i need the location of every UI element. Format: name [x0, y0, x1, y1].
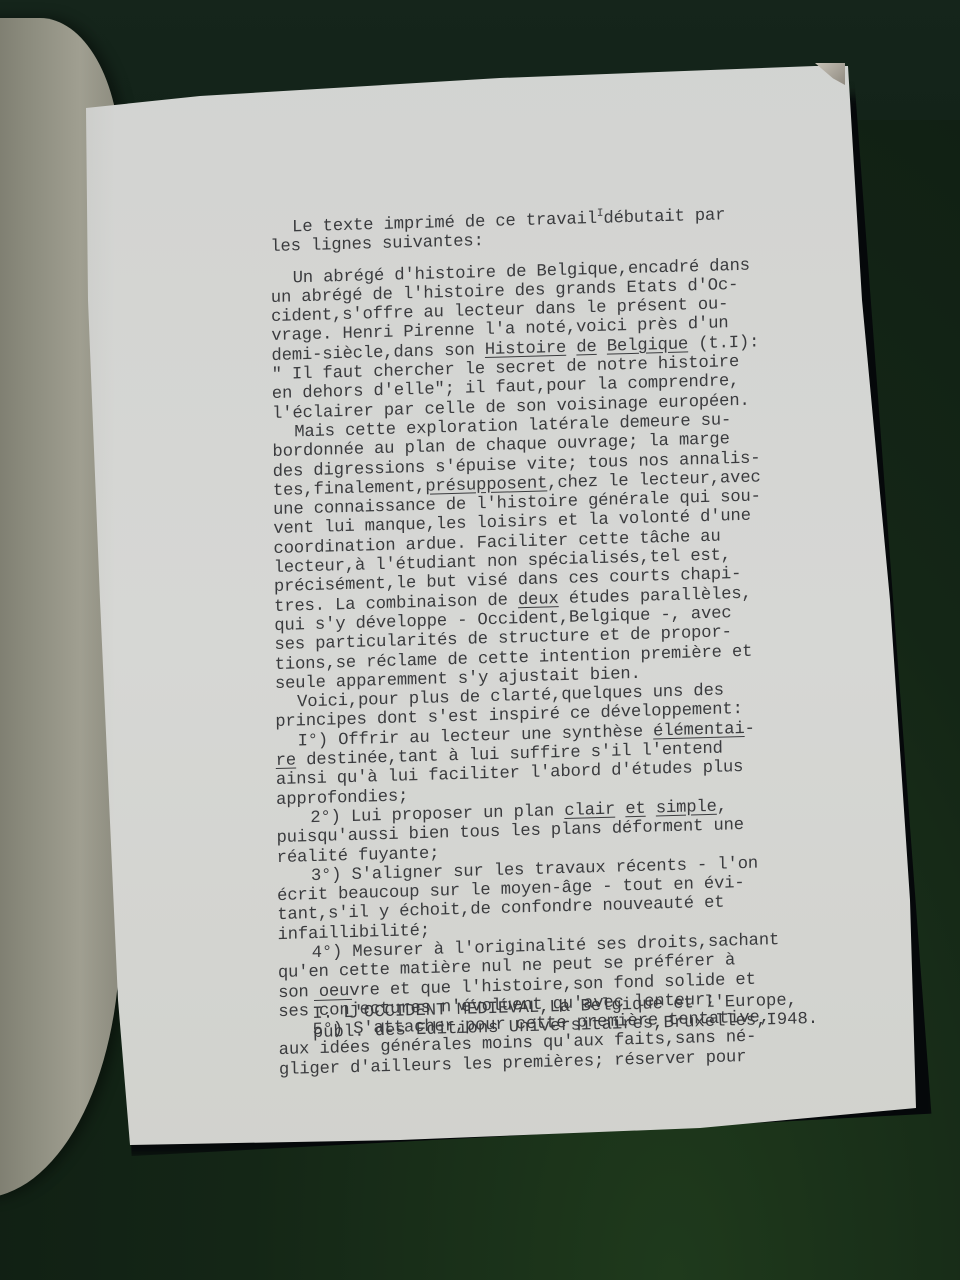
underlined-text: Histoire [485, 339, 566, 360]
underlined-text: simple [656, 798, 717, 819]
text-run: , [717, 797, 727, 816]
body-paragraphs: Un abrégé d'histoire de Belgique,encadré… [271, 254, 839, 1080]
text-run: (t.I): [688, 333, 759, 354]
underlined-text: Belgique [607, 335, 688, 356]
underlined-text: et [625, 800, 646, 820]
footnote-rule [314, 999, 352, 1001]
page-text: Le texte imprimé de ce travailIdébutait … [270, 198, 839, 1080]
underlined-text: re [276, 752, 297, 772]
underlined-text: deux [518, 590, 559, 610]
text-run: - [744, 719, 754, 738]
text-run [615, 800, 625, 819]
text-run [566, 338, 576, 357]
text-run [646, 799, 656, 818]
underlined-text: de [576, 338, 597, 358]
underlined-text: clair [564, 801, 615, 821]
underlined-text: élémentai [653, 720, 745, 742]
